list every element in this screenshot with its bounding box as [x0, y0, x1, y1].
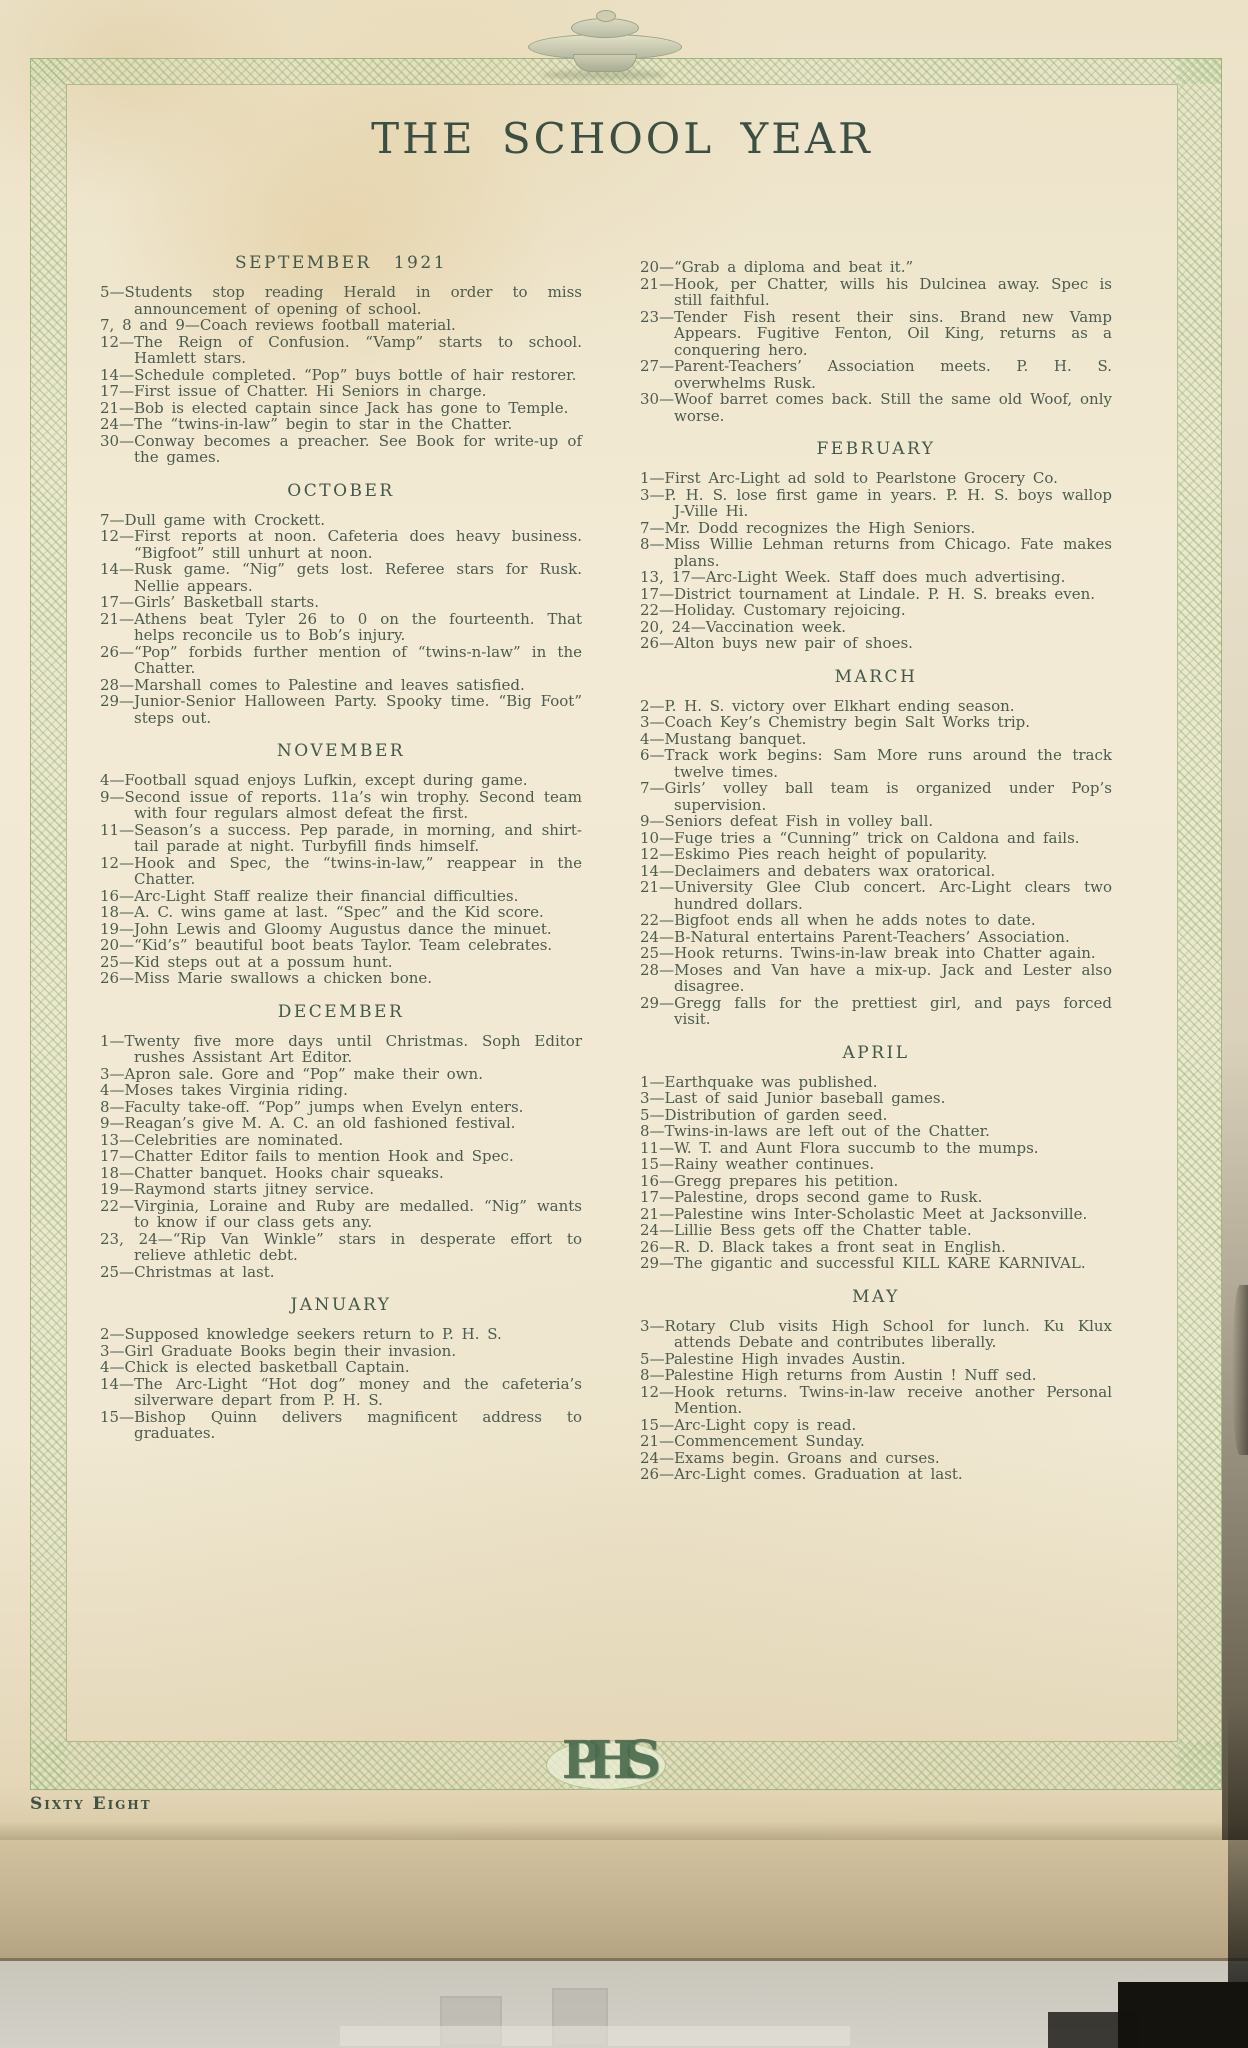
event-item: 3—Apron sale. Gore and “Pop” make their … [100, 1066, 582, 1083]
event-item: 11—Season’s a success. Pep parade, in mo… [100, 822, 582, 855]
event-item: 3—Coach Key’s Chemistry begin Salt Works… [640, 714, 1112, 731]
event-item: 29—Gregg falls for the prettiest girl, a… [640, 995, 1112, 1028]
event-item: 15—Rainy weather continues. [640, 1156, 1112, 1173]
event-item: 14—The Arc-Light “Hot dog” money and the… [100, 1376, 582, 1409]
event-item: 7—Girls’ volley ball team is organized u… [640, 780, 1112, 813]
event-item: 25—Hook returns. Twins-in-law break into… [640, 945, 1112, 962]
event-item: 17—Chatter Editor fails to mention Hook … [100, 1148, 582, 1165]
event-item: 3—Rotary Club visits High School for lun… [640, 1318, 1112, 1351]
event-item: 21—Hook, per Chatter, wills his Dulcinea… [640, 276, 1112, 309]
month-heading: DECEMBER [100, 1002, 582, 1022]
page-title: THE SCHOOL YEAR [66, 114, 1178, 163]
event-item: 5—Palestine High invades Austin. [640, 1351, 1112, 1368]
event-item: 28—Marshall comes to Palestine and leave… [100, 677, 582, 694]
event-item: 4—Mustang banquet. [640, 731, 1112, 748]
event-item: 21—Palestine wins Inter-Scholastic Meet … [640, 1206, 1112, 1223]
month-heading: OCTOBER [100, 481, 582, 501]
event-item: 2—P. H. S. victory over Elkhart ending s… [640, 698, 1112, 715]
scan-dark-corner-inner [1048, 2012, 1138, 2048]
event-item: 24—The “twins-in-law” begin to star in t… [100, 416, 582, 433]
month-section: 20—“Grab a diploma and beat it.”21—Hook,… [640, 259, 1112, 424]
event-item: 20—“Grab a diploma and beat it.” [640, 259, 1112, 276]
event-item: 14—Rusk game. “Nig” gets lost. Referee s… [100, 561, 582, 594]
event-item: 26—Alton buys new pair of shoes. [640, 635, 1112, 652]
month-section: NOVEMBER4—Football squad enjoys Lufkin, … [100, 741, 582, 987]
event-item: 7—Mr. Dodd recognizes the High Seniors. [640, 520, 1112, 537]
month-section: FEBRUARY1—First Arc-Light ad sold to Pea… [640, 439, 1112, 652]
month-heading: APRIL [640, 1043, 1112, 1063]
event-item: 18—Chatter banquet. Hooks chair squeaks. [100, 1165, 582, 1182]
inkwell-ornament-icon [520, 4, 690, 88]
event-item: 8—Twins-in-laws are left out of the Chat… [640, 1123, 1112, 1140]
month-section: MAY3—Rotary Club visits High School for … [640, 1287, 1112, 1483]
event-item: 3—P. H. S. lose first game in years. P. … [640, 487, 1112, 520]
event-item: 24—Exams begin. Groans and curses. [640, 1450, 1112, 1467]
ornament-knob [596, 10, 616, 22]
event-item: 11—W. T. and Aunt Flora succumb to the m… [640, 1140, 1112, 1157]
event-item: 16—Arc-Light Staff realize their financi… [100, 888, 582, 905]
event-item: 21—Bob is elected captain since Jack has… [100, 400, 582, 417]
page-number-label: Sixty Eight [30, 1794, 152, 1814]
event-item: 18—A. C. wins game at last. “Spec” and t… [100, 904, 582, 921]
ornament-base [573, 54, 637, 72]
event-item: 7—Dull game with Crockett. [100, 512, 582, 529]
event-item: 15—Bishop Quinn delivers magnificent add… [100, 1409, 582, 1442]
event-item: 20, 24—Vaccination week. [640, 619, 1112, 636]
calendar-column-left: SEPTEMBER 19215—Students stop reading He… [100, 244, 582, 1483]
calendar-column-right: 20—“Grab a diploma and beat it.”21—Hook,… [640, 244, 1112, 1483]
event-item: 24—B-Natural entertains Parent-Teachers’… [640, 929, 1112, 946]
month-section: APRIL1—Earthquake was published.3—Last o… [640, 1043, 1112, 1272]
event-item: 4—Moses takes Virginia riding. [100, 1082, 582, 1099]
scan-artifact [340, 2026, 850, 2046]
event-item: 13—Celebrities are nominated. [100, 1132, 582, 1149]
event-item: 26—Miss Marie swallows a chicken bone. [100, 970, 582, 987]
event-item: 17—Palestine, drops second game to Rusk. [640, 1189, 1112, 1206]
event-item: 21—Commencement Sunday. [640, 1433, 1112, 1450]
event-item: 25—Kid steps out at a possum hunt. [100, 954, 582, 971]
page-edge-shadow [0, 1822, 1248, 1842]
phs-monogram: PHS [538, 1734, 672, 1794]
scan-blotch [1232, 1285, 1248, 1455]
event-item: 9—Reagan’s give M. A. C. an old fashione… [100, 1115, 582, 1132]
event-item: 12—Hook and Spec, the “twins-in-law,” re… [100, 855, 582, 888]
event-item: 3—Last of said Junior baseball games. [640, 1090, 1112, 1107]
event-item: 8—Palestine High returns from Austin ! N… [640, 1367, 1112, 1384]
event-item: 19—John Lewis and Gloomy Augustus dance … [100, 921, 582, 938]
event-item: 2—Supposed knowledge seekers return to P… [100, 1326, 582, 1343]
event-item: 10—Fuge tries a “Cunning” trick on Caldo… [640, 830, 1112, 847]
event-item: 16—Gregg prepares his petition. [640, 1173, 1112, 1190]
event-item: 4—Chick is elected basketball Captain. [100, 1359, 582, 1376]
month-heading: MAY [640, 1287, 1112, 1307]
month-heading: FEBRUARY [640, 439, 1112, 459]
event-item: 8—Miss Willie Lehman returns from Chicag… [640, 536, 1112, 569]
event-item: 12—The Reign of Confusion. “Vamp” starts… [100, 334, 582, 367]
event-item: 28—Moses and Van have a mix-up. Jack and… [640, 962, 1112, 995]
event-item: 23, 24—“Rip Van Winkle” stars in despera… [100, 1231, 582, 1264]
event-item: 17—District tournament at Lindale. P. H.… [640, 586, 1112, 603]
month-heading: MARCH [640, 667, 1112, 687]
event-item: 29—Junior-Senior Halloween Party. Spooky… [100, 693, 582, 726]
month-section: JANUARY2—Supposed knowledge seekers retu… [100, 1295, 582, 1442]
event-item: 12—First reports at noon. Cafeteria does… [100, 528, 582, 561]
event-item: 20—“Kid’s” beautiful boot beats Taylor. … [100, 937, 582, 954]
event-item: 17—First issue of Chatter. Hi Seniors in… [100, 383, 582, 400]
event-item: 17—Girls’ Basketball starts. [100, 594, 582, 611]
event-item: 25—Christmas at last. [100, 1264, 582, 1281]
event-item: 7, 8 and 9—Coach reviews football materi… [100, 317, 582, 334]
event-item: 27—Parent-Teachers’ Association meets. P… [640, 358, 1112, 391]
event-item: 26—“Pop” forbids further mention of “twi… [100, 644, 582, 677]
event-item: 21—Athens beat Tyler 26 to 0 on the four… [100, 611, 582, 644]
calendar-columns: SEPTEMBER 19215—Students stop reading He… [100, 244, 1112, 1483]
event-item: 14—Declaimers and debaters wax oratorica… [640, 863, 1112, 880]
event-item: 12—Hook returns. Twins-in-law receive an… [640, 1384, 1112, 1417]
event-item: 26—R. D. Black takes a front seat in Eng… [640, 1239, 1112, 1256]
month-section: OCTOBER7—Dull game with Crockett.12—Firs… [100, 481, 582, 727]
event-item: 4—Football squad enjoys Lufkin, except d… [100, 772, 582, 789]
event-item: 9—Seniors defeat Fish in volley ball. [640, 813, 1112, 830]
event-item: 5—Distribution of garden seed. [640, 1107, 1112, 1124]
event-item: 1—Twenty five more days until Christmas.… [100, 1033, 582, 1066]
month-heading: NOVEMBER [100, 741, 582, 761]
event-item: 30—Conway becomes a preacher. See Book f… [100, 433, 582, 466]
month-heading: JANUARY [100, 1295, 582, 1315]
event-item: 21—University Glee Club concert. Arc-Lig… [640, 879, 1112, 912]
event-item: 5—Students stop reading Herald in order … [100, 284, 582, 317]
month-section: SEPTEMBER 19215—Students stop reading He… [100, 253, 582, 466]
event-item: 3—Girl Graduate Books begin their invasi… [100, 1343, 582, 1360]
event-item: 19—Raymond starts jitney service. [100, 1181, 582, 1198]
event-item: 13, 17—Arc-Light Week. Staff does much a… [640, 569, 1112, 586]
event-item: 9—Second issue of reports. 11a’s win tro… [100, 789, 582, 822]
month-section: MARCH2—P. H. S. victory over Elkhart end… [640, 667, 1112, 1028]
event-item: 8—Faculty take-off. “Pop” jumps when Eve… [100, 1099, 582, 1116]
monogram-letters: PHS [538, 1730, 672, 1791]
event-item: 22—Virginia, Loraine and Ruby are medall… [100, 1198, 582, 1231]
event-item: 1—Earthquake was published. [640, 1074, 1112, 1091]
event-item: 14—Schedule completed. “Pop” buys bottle… [100, 367, 582, 384]
event-item: 24—Lillie Bess gets off the Chatter tabl… [640, 1222, 1112, 1239]
event-item: 22—Bigfoot ends all when he adds notes t… [640, 912, 1112, 929]
event-item: 1—First Arc-Light ad sold to Pearlstone … [640, 470, 1112, 487]
month-heading: SEPTEMBER 1921 [100, 253, 582, 273]
event-item: 26—Arc-Light comes. Graduation at last. [640, 1466, 1112, 1483]
event-item: 23—Tender Fish resent their sins. Brand … [640, 309, 1112, 359]
event-item: 30—Woof barret comes back. Still the sam… [640, 391, 1112, 424]
scan-background-upper [0, 1840, 1248, 1962]
event-item: 12—Eskimo Pies reach height of popularit… [640, 846, 1112, 863]
month-section: DECEMBER1—Twenty five more days until Ch… [100, 1002, 582, 1281]
event-item: 15—Arc-Light copy is read. [640, 1417, 1112, 1434]
event-item: 22—Holiday. Customary rejoicing. [640, 602, 1112, 619]
page-right-edge-fade [1222, 58, 1248, 1840]
event-item: 29—The gigantic and successful KILL KARE… [640, 1255, 1112, 1272]
event-item: 6—Track work begins: Sam More runs aroun… [640, 747, 1112, 780]
